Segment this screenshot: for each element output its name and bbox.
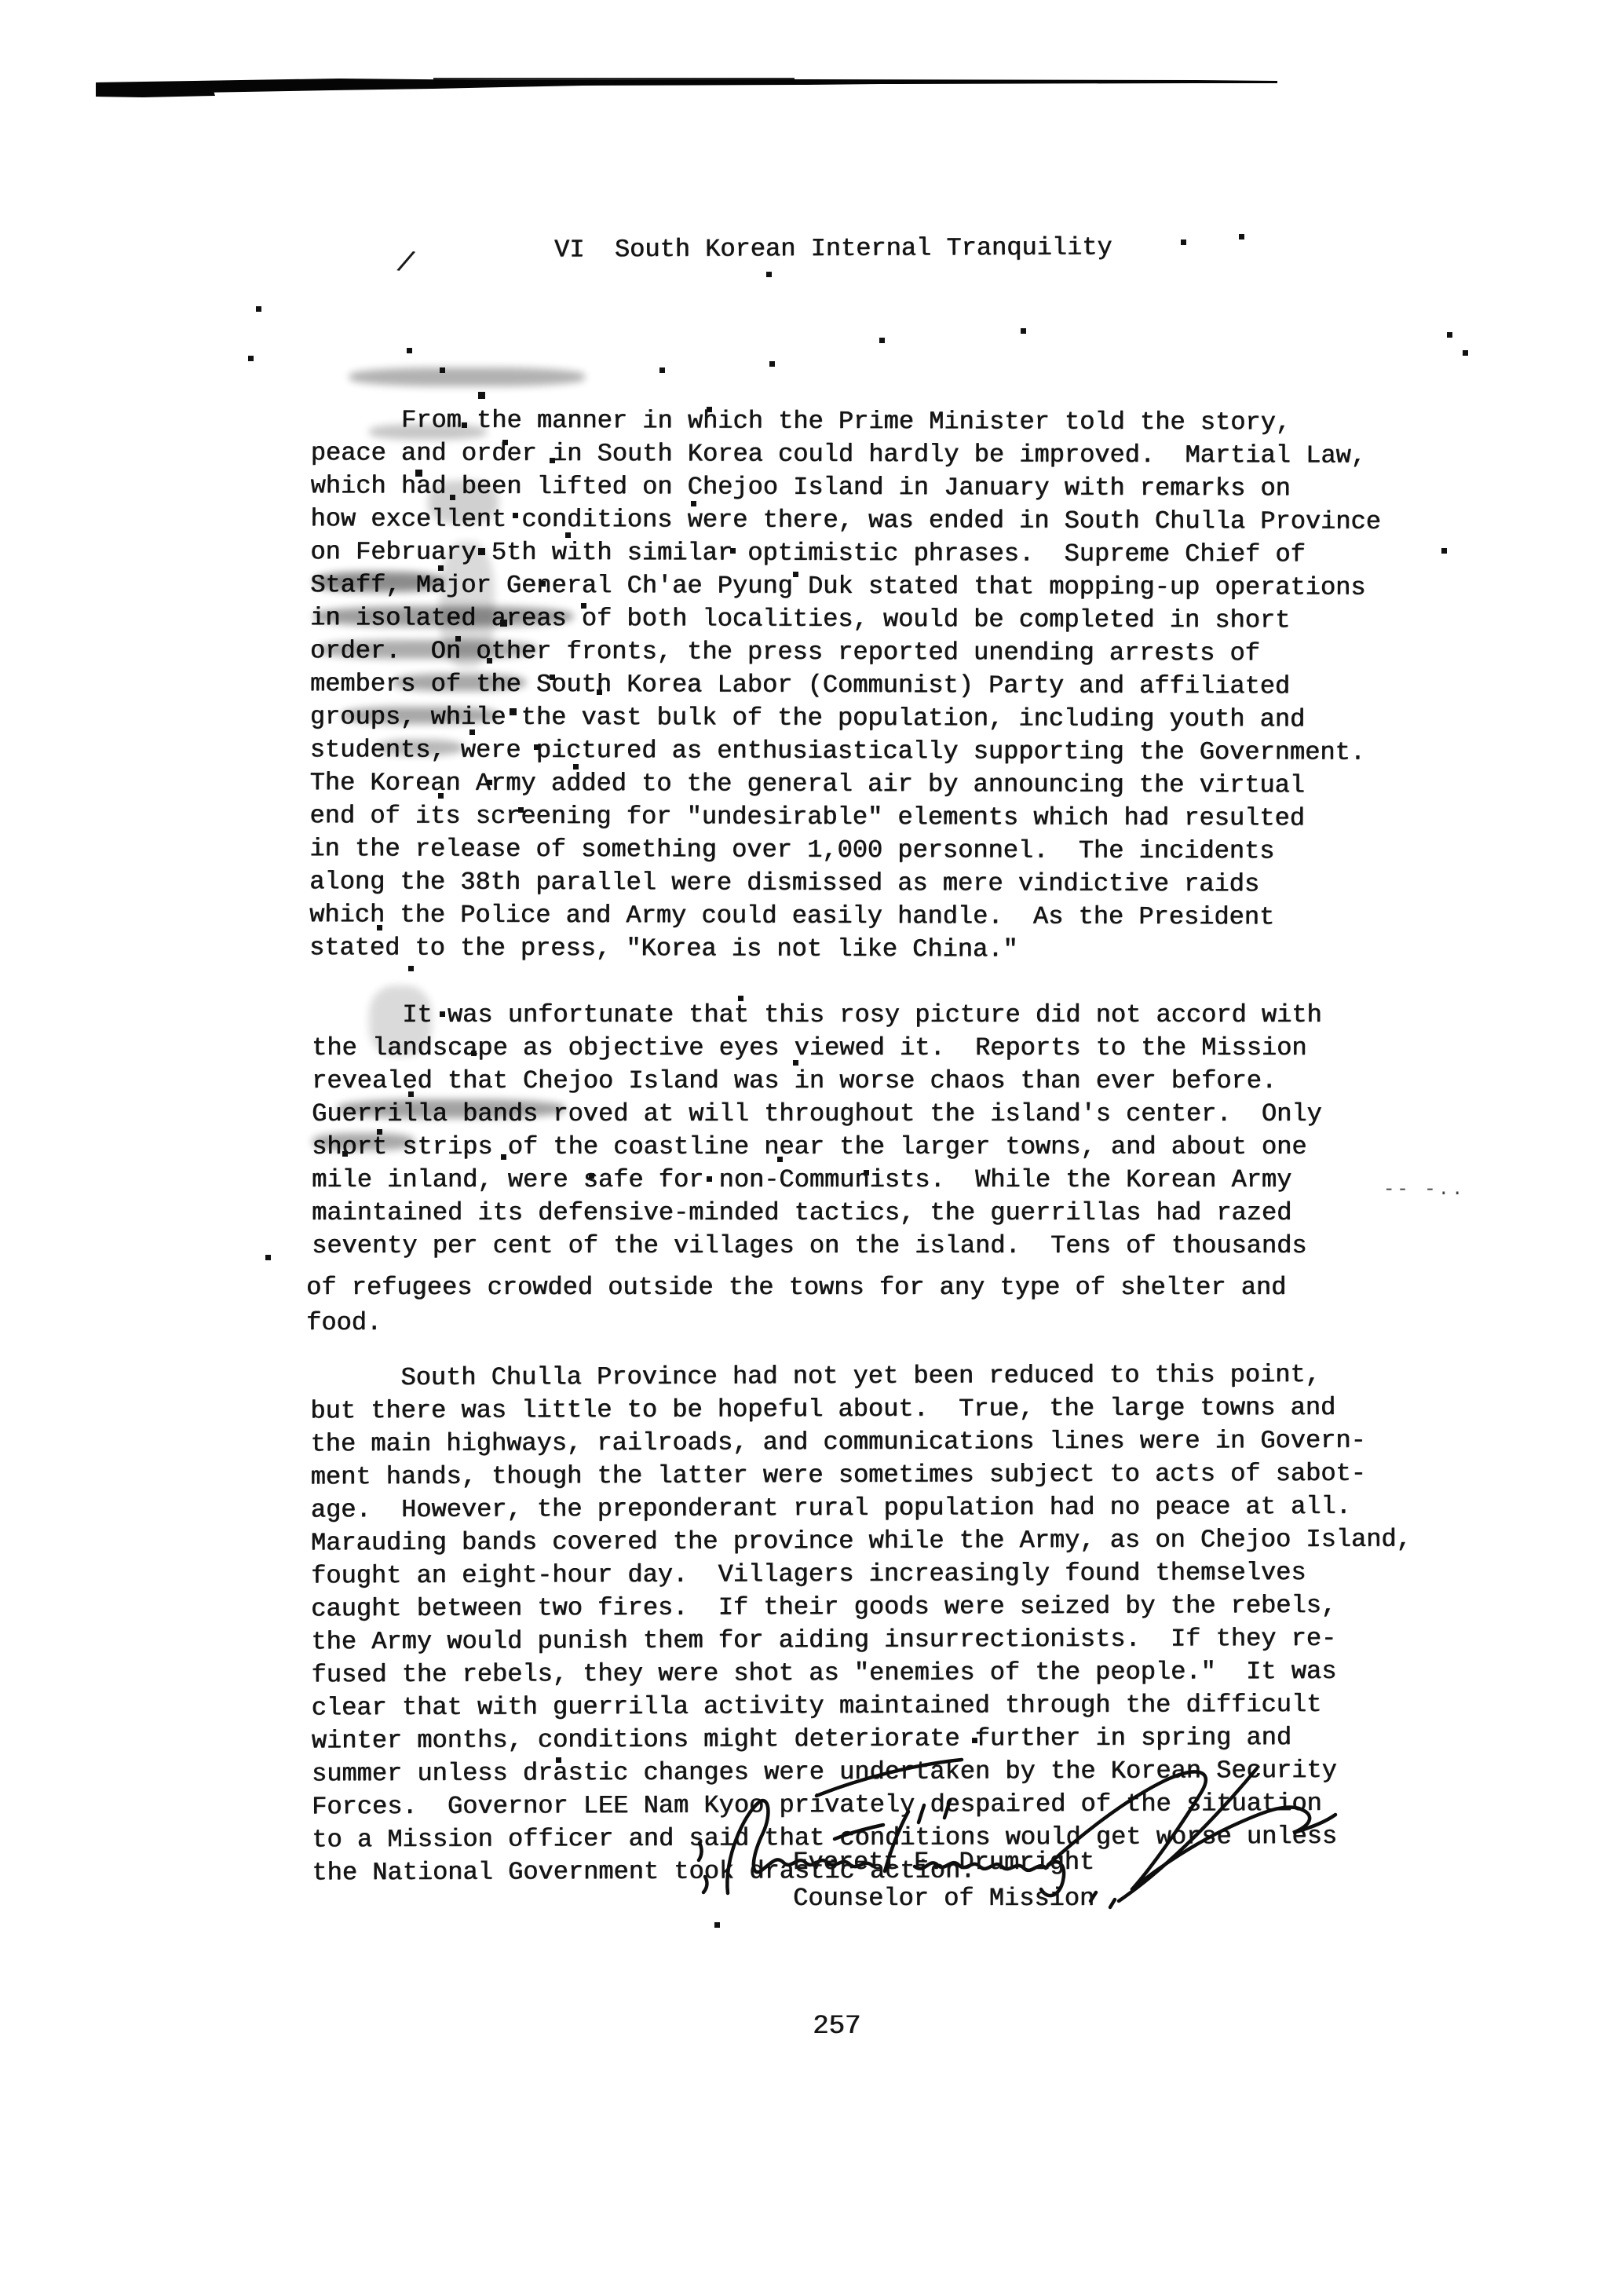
text-line: It was unfortunate that this rosy pictur…	[312, 999, 1322, 1032]
text-line: the main highways, railroads, and commun…	[310, 1424, 1411, 1461]
scan-noise	[0, 0, 2, 2]
signed-name: Everett F. Drumright	[793, 1845, 1094, 1880]
stray-slash-mark: /	[393, 246, 418, 283]
text-line: clear that with guerrilla activity maint…	[312, 1688, 1412, 1725]
text-line: The Korean Army added to the general air…	[309, 766, 1380, 803]
text-line: the landscape as objective eyes viewed i…	[312, 1032, 1322, 1065]
text-line: students, were pictured as enthusiastica…	[310, 733, 1381, 770]
margin-dash-artifact: -- -..	[1383, 1179, 1465, 1201]
text-line: South Chulla Province had not yet been r…	[310, 1358, 1411, 1395]
text-line: ment hands, though the latter were somet…	[310, 1457, 1411, 1494]
text-line: age. However, the preponderant rural pop…	[311, 1490, 1412, 1527]
text-line: but there was little to be hopeful about…	[310, 1391, 1411, 1428]
text-line: caught between two fires. If their goods…	[311, 1589, 1412, 1626]
section-title: VI South Korean Internal Tranquility	[554, 231, 1112, 266]
top-scan-rule	[96, 77, 1285, 102]
scanned-document-page: / VI South Korean Internal Tranquility F…	[0, 0, 1622, 2296]
signer-title: Counselor of Mission	[793, 1881, 1094, 1916]
page-number: 257	[813, 2010, 860, 2043]
text-line: peace and order in South Korea could har…	[311, 437, 1382, 473]
text-line: revealed that Chejoo Island was in worse…	[312, 1065, 1322, 1098]
text-line: the Army would punish them for aiding in…	[311, 1622, 1412, 1659]
text-line: end of its screening for "undesirable" e…	[309, 799, 1380, 835]
text-line: in the release of something over 1,000 p…	[309, 832, 1380, 868]
text-line: short strips of the coastline near the l…	[312, 1131, 1322, 1164]
text-line: along the 38th parallel were dismissed a…	[309, 865, 1380, 901]
text-line: Marauding bands covered the province whi…	[311, 1523, 1412, 1560]
text-line: fought an eight-hour day. Villagers incr…	[311, 1556, 1412, 1593]
text-line: fused the rebels, they were shot as "ene…	[311, 1655, 1412, 1692]
